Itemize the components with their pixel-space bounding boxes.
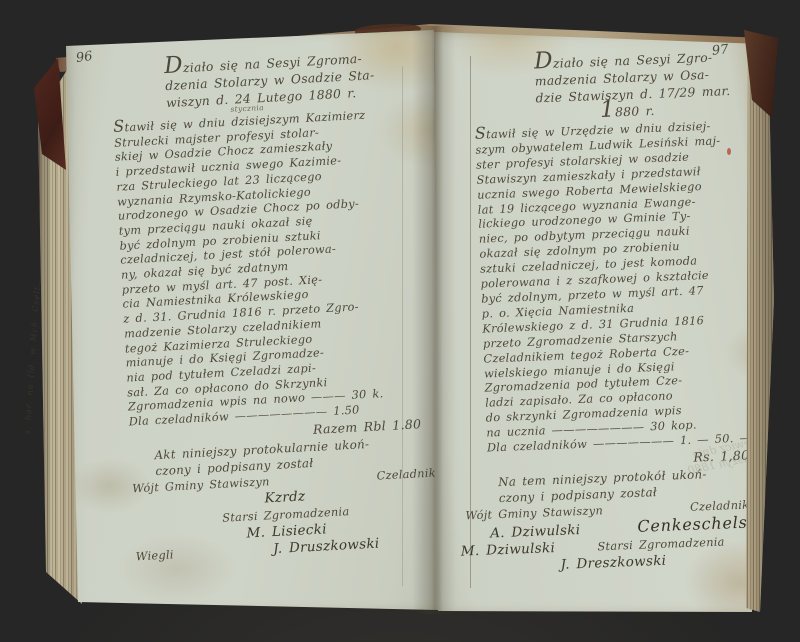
left-page: 96 Działo się na Sesyi Zgroma-dzenia Sto…: [64, 24, 442, 616]
paraph-scribble: Kzrdz: [264, 488, 306, 507]
photo-of-open-register-book: s. bar. na Ild. w Mch. Cselt. 96 Działo …: [0, 0, 800, 642]
right-page: 97 Rozewicz dnia Stawiszyn 1880 Działo s…: [434, 28, 766, 618]
left-page-text: Działo się na Sesyi Zgroma-dzenia Stolar…: [110, 48, 440, 565]
right-page-text: Działo się na Sesyi Zgro-madzenia Stolar…: [442, 48, 766, 577]
signature-wiegli: Wiegli: [135, 546, 174, 565]
signature-dziwulski-a: A. Dziwulski: [490, 522, 581, 542]
red-ink-speck: [727, 148, 731, 155]
signature-dziwulski-m: M. Dziwulski: [461, 540, 556, 561]
left-body: Stawił się w dniu dzisiejszym KazimierzS…: [113, 104, 433, 430]
right-body: Stawił się w Urzędzie w dniu dzisiej-szy…: [445, 116, 761, 457]
signature-cenkeschelski: Cenkeschelski: [637, 513, 764, 535]
left-page-fold-line: [402, 66, 403, 586]
signature-dreszkowski: J. Dreszkowski: [560, 553, 666, 574]
left-page-number: 96: [75, 49, 93, 66]
czeladnik-label: Czeladnik: [376, 464, 436, 484]
